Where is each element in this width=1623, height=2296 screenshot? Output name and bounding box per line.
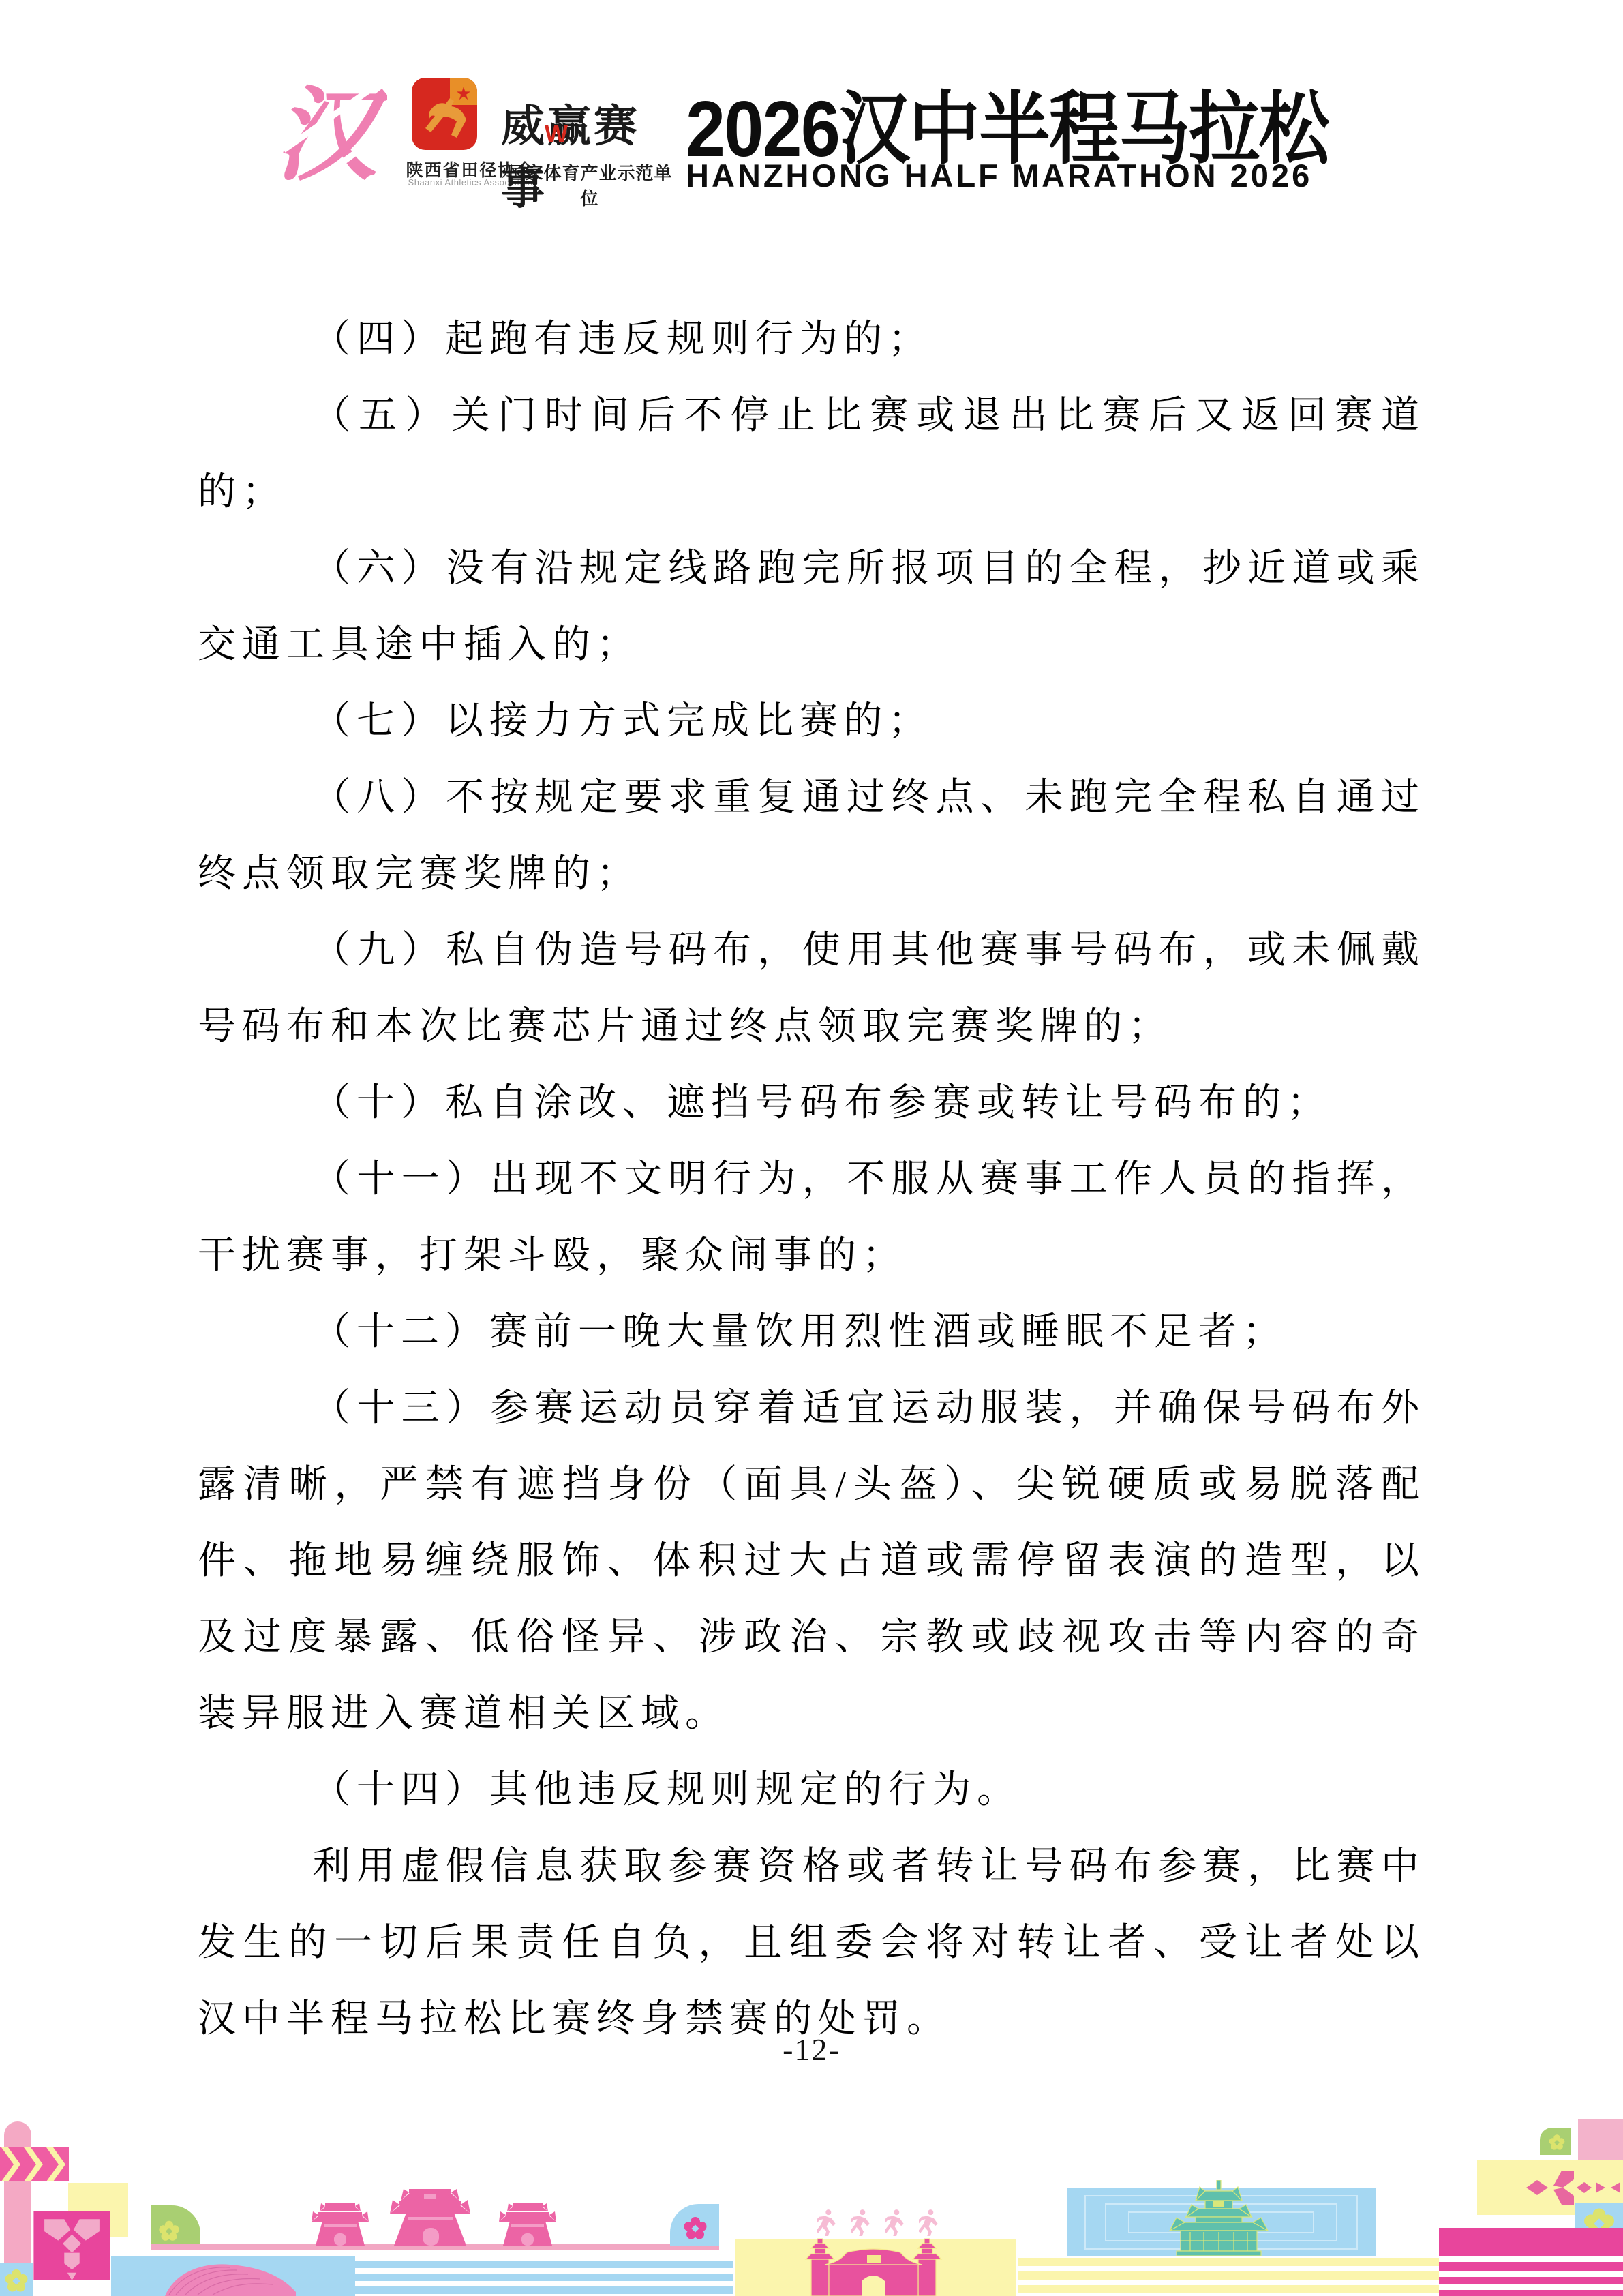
weiying-subtitle: 国家体育产业示范单位 [501,160,678,210]
green-flower-shape [151,2205,200,2246]
athletics-association-icon: ★ [410,76,479,151]
rule-item-11: （十一）出现不文明行为，不服从赛事工作人员的指挥，干扰赛事，打架斗殴，聚众闹事的… [198,1141,1425,1294]
rule-item-13: （十三）参赛运动员穿着适宜运动服装，并确保号码布外露清晰，严禁有遮挡身份（面具/… [198,1370,1425,1752]
magenta-pattern-square [33,2211,110,2280]
drum-tower-gate-icon [803,2235,944,2296]
rule-item-14: （十四）其他违反规则规定的行为。 [198,1752,1425,1828]
blue-pink-flower-shape [670,2204,719,2246]
pavilion-icon [1151,2180,1287,2256]
chevron-arrows-icon [0,2147,69,2181]
star-icon: ★ [455,84,471,104]
weiying-events-logo: 威赢赛事 W 国家体育产业示范单位 [501,80,678,196]
stadium-icon [162,2261,299,2296]
page-header: 汉 ★ 陕西省田径协会 Shaanxi Athletics Associatio… [0,0,1623,225]
pink-bar [4,2121,31,2263]
runner-icon [817,2209,837,2236]
rule-item-9: （九）私自伪造号码布，使用其他赛事号码布，或未佩戴号码布和本次比赛芯片通过终点领… [198,912,1425,1065]
drum-tower-gate-icon [382,2186,479,2246]
magenta-stripes [1439,2256,1623,2296]
hanzhong-han-logo: 汉 [271,68,387,194]
city-gate-icon [305,2201,376,2246]
magenta-block-right [1439,2228,1623,2256]
arrow-ornament-icon [1521,2167,1623,2208]
event-title-en: HANZHONG HALF MARATHON 2026 [686,157,1312,194]
blue-flower-square-left [0,2263,33,2296]
rule-item-4: （四）起跑有违反规则行为的； [198,301,1425,378]
footer-decoration [0,2100,1623,2296]
runners-group [817,2209,939,2236]
rules-text-block: （四）起跑有违反规则行为的； （五）关门时间后不停止比赛或退出比赛后又返回赛道的… [198,301,1425,2057]
han-character-icon: 汉 [271,68,387,194]
weiying-w-mark: W [545,120,568,149]
rule-item-10: （十）私自涂改、遮挡号码布参赛或转让号码布的； [198,1065,1425,1141]
document-page: 汉 ★ 陕西省田径协会 Shaanxi Athletics Associatio… [0,0,1623,2296]
green-flower-shape-small [1540,2128,1571,2155]
city-gate-icon [492,2201,563,2246]
rule-item-5: （五）关门时间后不停止比赛或退出比赛后又返回赛道的； [198,378,1425,530]
rule-item-6: （六）没有沿规定线路跑完所报项目的全程，抄近道或乘交通工具途中插入的； [198,530,1425,683]
rule-item-12: （十二）赛前一晚大量饮用烈性酒或睡眠不足者； [198,1294,1425,1370]
runner-icon [919,2209,939,2236]
runner-icon [851,2209,871,2236]
rule-item-8: （八）不按规定要求重复通过终点、未跑完全程私自通过终点领取完赛奖牌的； [198,759,1425,912]
penalty-paragraph: 利用虚假信息获取参赛资格或者转让号码布参赛，比赛中发生的一切后果责任自负，且组委… [198,1828,1425,2057]
rule-item-7: （七）以接力方式完成比赛的； [198,683,1425,759]
runner-icon [885,2209,905,2236]
page-number: -12- [0,2031,1623,2068]
blue-stripes [355,2256,733,2296]
yellow-stripes [1018,2256,1439,2296]
svg-text:汉: 汉 [274,78,387,192]
